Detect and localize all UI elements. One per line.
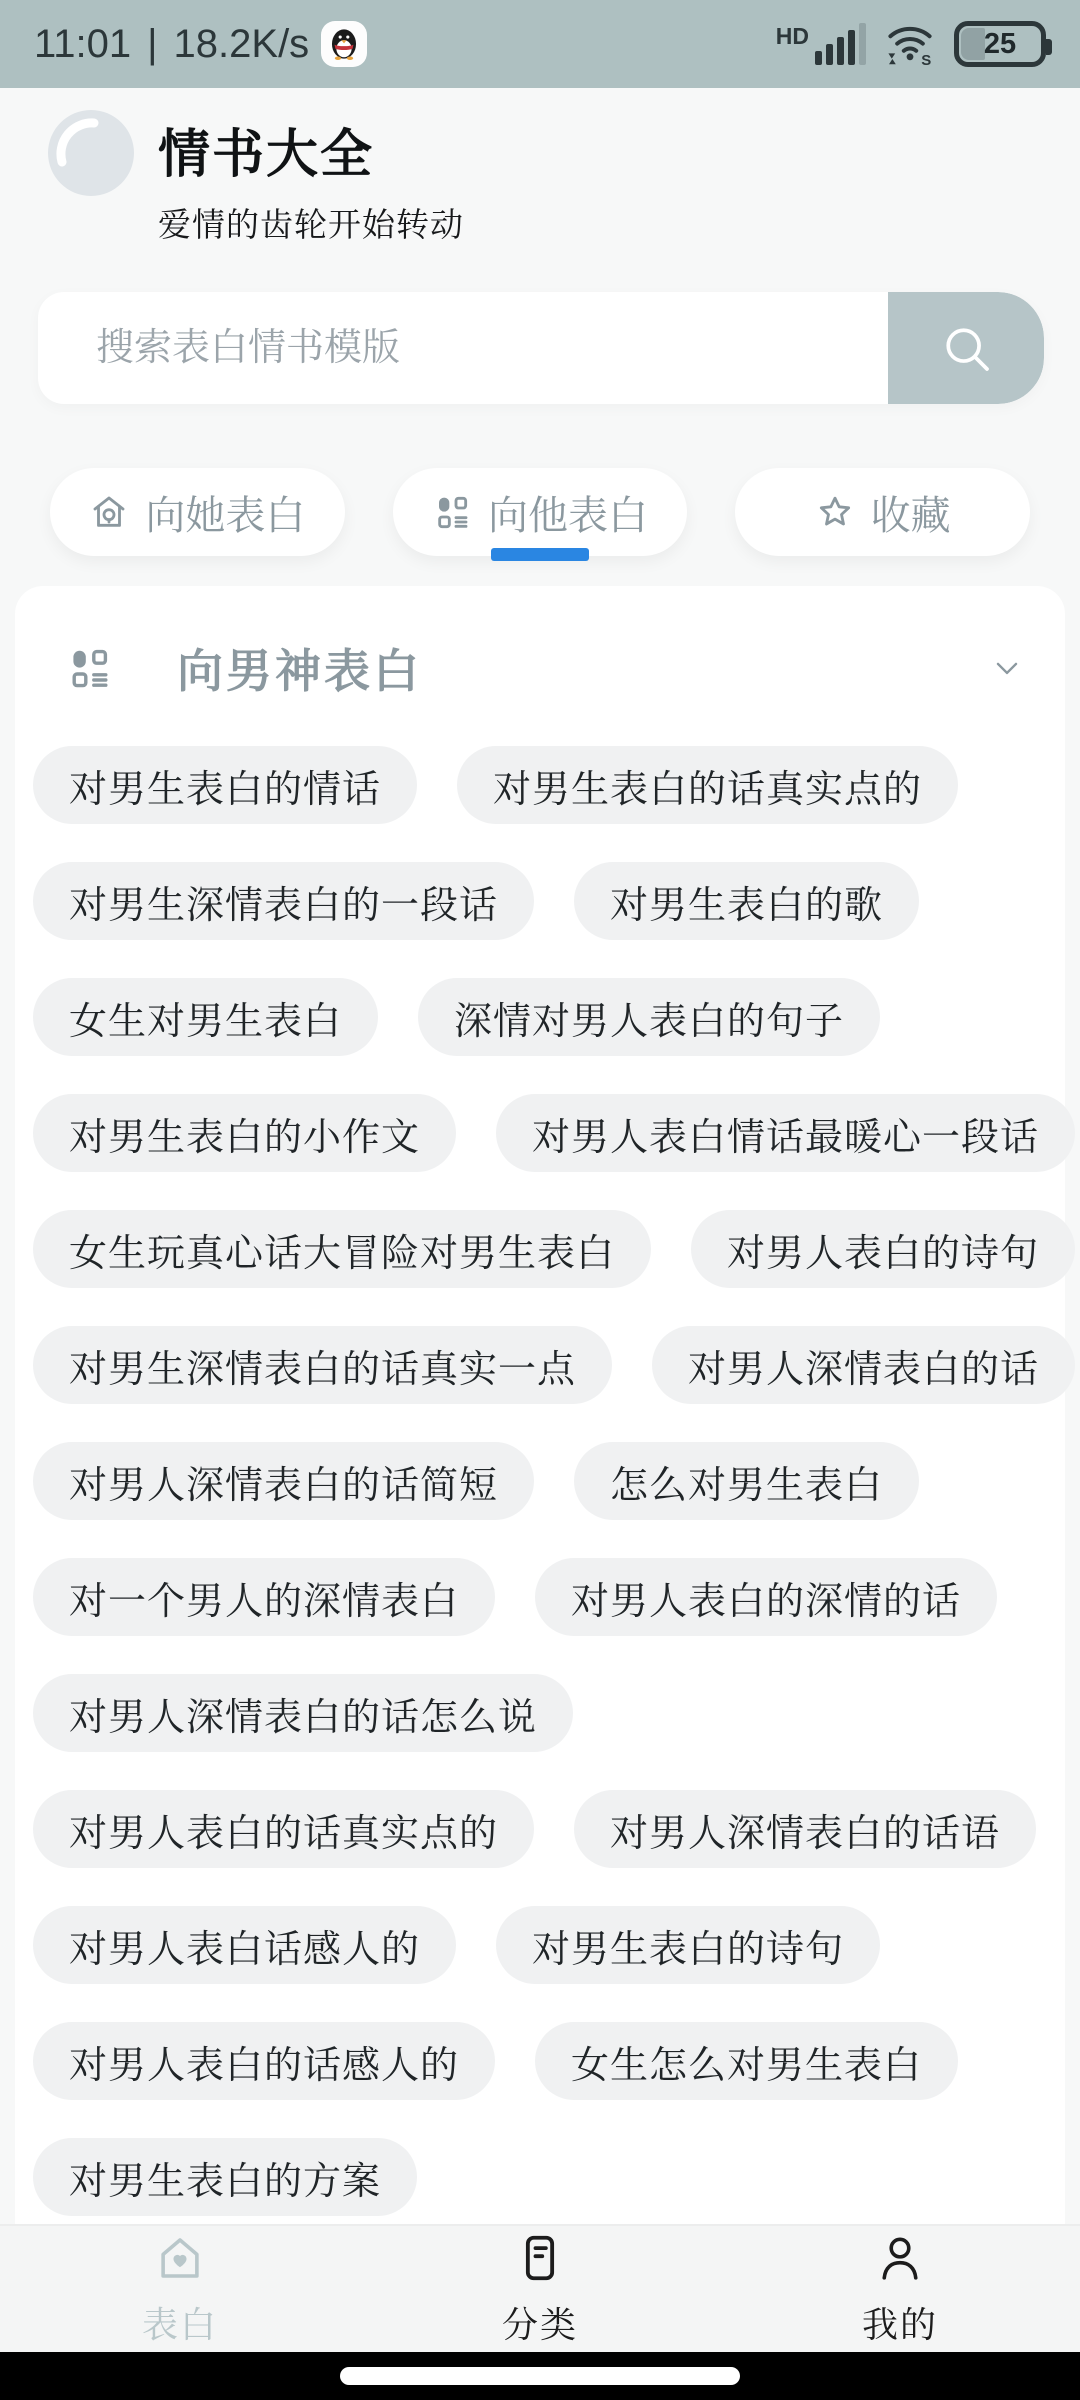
tag-pill[interactable]: 对男人深情表白的话 xyxy=(652,1326,1075,1404)
tag-row: 对一个男人的深情表白 对男人表白的深情的话 xyxy=(33,1558,1047,1636)
tag-row: 对男人表白话感人的 对男生表白的诗句 xyxy=(33,1906,1047,1984)
tag-row: 女生玩真心话大冒险对男生表白 对男人表白的诗句 xyxy=(33,1210,1047,1288)
bottom-nav: 表白 分类 我的 xyxy=(0,2224,1080,2352)
wifi-icon: S xyxy=(884,21,936,67)
battery-icon: 25 xyxy=(954,21,1046,67)
tab-label: 向他表白 xyxy=(488,484,648,541)
nav-label: 分类 xyxy=(502,2297,578,2348)
tag-pill[interactable]: 对男生表白的情话 xyxy=(33,746,417,824)
home-heart-icon xyxy=(153,2231,207,2285)
tab-label: 向她表白 xyxy=(145,484,305,541)
tag-pill[interactable]: 对男人表白话感人的 xyxy=(33,1906,456,1984)
tag-row: 对男生表白的小作文 对男人表白情话最暖心一段话 xyxy=(33,1094,1047,1172)
search-icon xyxy=(938,320,994,376)
gesture-handle[interactable] xyxy=(340,2367,740,2385)
tag-row: 对男人深情表白的话怎么说 xyxy=(33,1674,1047,1752)
tag-pill[interactable]: 对男人表白情话最暖心一段话 xyxy=(496,1094,1075,1172)
tag-pill[interactable]: 对男人表白的话感人的 xyxy=(33,2022,495,2100)
tag-pill[interactable]: 怎么对男生表白 xyxy=(574,1442,919,1520)
page-title: 情书大全 xyxy=(158,112,464,187)
tag-pill[interactable]: 对男生表白的诗句 xyxy=(496,1906,880,1984)
tab-to-her[interactable]: 向她表白 xyxy=(50,468,345,556)
tag-pill[interactable]: 女生对男生表白 xyxy=(33,978,378,1056)
nav-item-categories[interactable]: 分类 xyxy=(360,2226,720,2352)
tag-pill[interactable]: 对男生深情表白的一段话 xyxy=(33,862,534,940)
tag-pill[interactable]: 对男生表白的方案 xyxy=(33,2138,417,2216)
tag-pill[interactable]: 对男人表白的诗句 xyxy=(691,1210,1075,1288)
gesture-area xyxy=(0,2352,1080,2400)
search-input[interactable] xyxy=(38,292,888,404)
network-speed: 18.2K/s xyxy=(174,22,310,67)
audience-tabs: 向她表白 向他表白 收藏 xyxy=(0,468,1080,556)
category-icon xyxy=(432,492,472,532)
app-header: 情书大全 爱情的齿轮开始转动 xyxy=(0,88,1080,246)
person-icon xyxy=(873,2231,927,2285)
nav-label: 我的 xyxy=(862,2297,938,2348)
category-card: 向男神表白 对男生表白的情话 对男生表白的话真实点的 对男生深情表白的一段话 对… xyxy=(15,586,1065,2282)
tag-pill[interactable]: 对男生表白的歌 xyxy=(574,862,919,940)
star-icon xyxy=(815,492,855,532)
tag-pill[interactable]: 对男人表白的话真实点的 xyxy=(33,1790,534,1868)
svg-text:S: S xyxy=(921,52,931,67)
tag-row: 对男人深情表白的话简短 怎么对男生表白 xyxy=(33,1442,1047,1520)
tag-pill[interactable]: 对男生表白的话真实点的 xyxy=(457,746,958,824)
nav-label: 表白 xyxy=(142,2297,218,2348)
battery-percent: 25 xyxy=(984,28,1016,61)
tag-pill[interactable]: 对男人表白的深情的话 xyxy=(535,1558,997,1636)
category-icon xyxy=(65,644,113,692)
tag-pill[interactable]: 女生玩真心话大冒险对男生表白 xyxy=(33,1210,651,1288)
tag-row: 对男人表白的话感人的 女生怎么对男生表白 xyxy=(33,2022,1047,2100)
status-bar: 11:01 | 18.2K/s HD xyxy=(0,0,1080,88)
tag-pill[interactable]: 对男生深情表白的话真实一点 xyxy=(33,1326,612,1404)
section-title: 向男神表白 xyxy=(177,635,422,701)
tag-pill[interactable]: 深情对男人表白的句子 xyxy=(418,978,880,1056)
tag-list: 对男生表白的情话 对男生表白的话真实点的 对男生深情表白的一段话 对男生表白的歌… xyxy=(15,700,1065,2216)
search-button[interactable] xyxy=(888,292,1044,404)
tag-pill[interactable]: 对男人深情表白的话怎么说 xyxy=(33,1674,573,1752)
status-separator: | xyxy=(147,22,157,67)
tag-row: 对男生表白的方案 xyxy=(33,2138,1047,2216)
nav-item-profile[interactable]: 我的 xyxy=(720,2226,1080,2352)
cell-signal-icon: HD xyxy=(776,23,866,65)
nav-item-confess[interactable]: 表白 xyxy=(0,2226,360,2352)
home-icon xyxy=(89,492,129,532)
tag-pill[interactable]: 对男生表白的小作文 xyxy=(33,1094,456,1172)
tag-row: 女生对男生表白 深情对男人表白的句子 xyxy=(33,978,1047,1056)
tab-favorites[interactable]: 收藏 xyxy=(735,468,1030,556)
tab-to-him[interactable]: 向他表白 xyxy=(393,468,688,556)
list-icon xyxy=(513,2231,567,2285)
clock: 11:01 xyxy=(34,22,131,67)
hd-label: HD xyxy=(776,23,809,50)
tag-row: 对男人表白的话真实点的 对男人深情表白的话语 xyxy=(33,1790,1047,1868)
tag-row: 对男生表白的情话 对男生表白的话真实点的 xyxy=(33,746,1047,824)
section-header[interactable]: 向男神表白 xyxy=(15,586,1065,700)
tag-pill[interactable]: 对男人深情表白的话语 xyxy=(574,1790,1036,1868)
tag-pill[interactable]: 女生怎么对男生表白 xyxy=(535,2022,958,2100)
tag-row: 对男生深情表白的话真实一点 对男人深情表白的话 xyxy=(33,1326,1047,1404)
app-logo-avatar xyxy=(48,110,134,196)
tab-label: 收藏 xyxy=(871,484,951,541)
page-subtitle: 爱情的齿轮开始转动 xyxy=(158,199,464,246)
chevron-down-icon[interactable] xyxy=(989,650,1025,686)
tag-pill[interactable]: 对一个男人的深情表白 xyxy=(33,1558,495,1636)
search-bar xyxy=(38,292,1044,404)
tag-row: 对男生深情表白的一段话 对男生表白的歌 xyxy=(33,862,1047,940)
qq-penguin-icon xyxy=(321,21,367,67)
tag-pill[interactable]: 对男人深情表白的话简短 xyxy=(33,1442,534,1520)
